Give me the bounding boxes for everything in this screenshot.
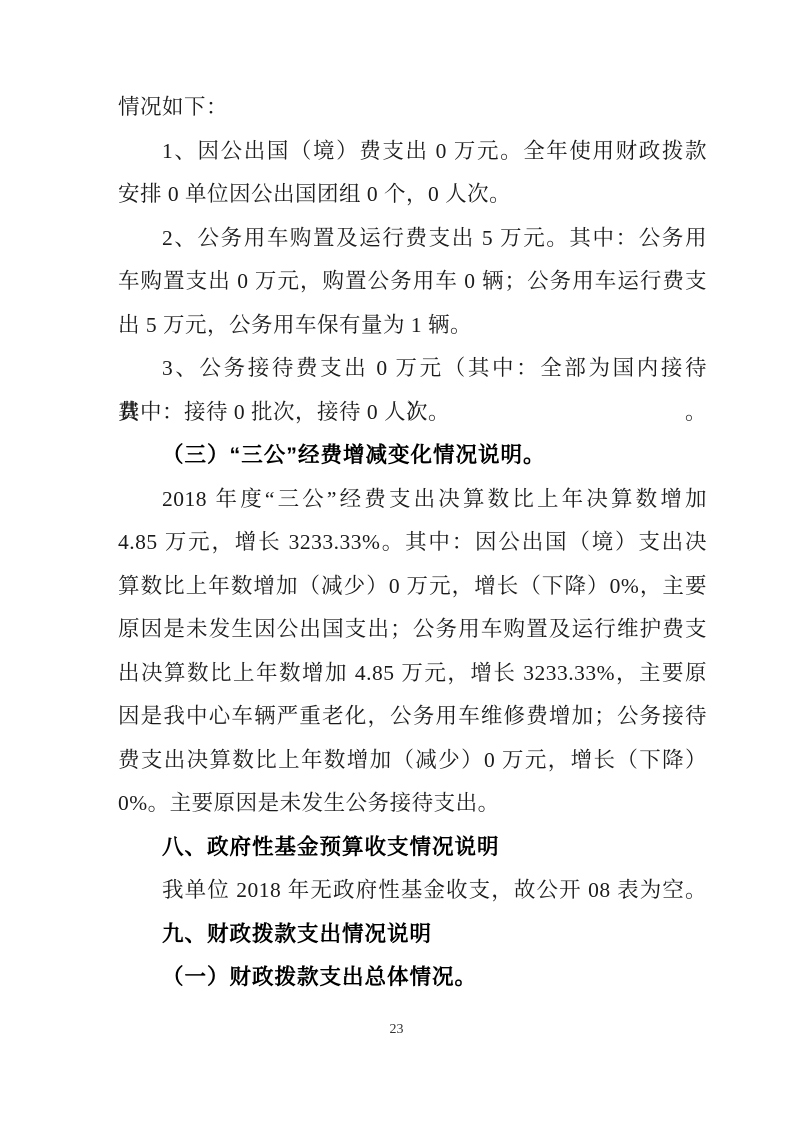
text-line: 因是我中心车辆严重老化，公务用车维修费增加；公务接待 <box>118 695 707 739</box>
text-line: 2018 年度“三公”经费支出决算数比上年决算数增加 <box>118 478 707 522</box>
text-line: 情况如下： <box>118 86 707 130</box>
text-line: 1、因公出国（境）费支出 0 万元。全年使用财政拨款 <box>118 130 707 174</box>
text-line: 出 5 万元，公务用车保有量为 1 辆。 <box>118 304 707 348</box>
text-line: 车购置支出 0 万元，购置公务用车 0 辆；公务用车运行费支 <box>118 260 707 304</box>
text-line: （三）“三公”经费增减变化情况说明。 <box>118 434 707 478</box>
text-line: 安排 0 单位因公出国团组 0 个，0 人次。 <box>118 173 707 217</box>
text-line: 3、公务接待费支出 0 万元（其中：全部为国内接待费）。 <box>118 347 707 391</box>
text-line: 九、财政拨款支出情况说明 <box>118 913 707 957</box>
page-number: 23 <box>0 1022 793 1038</box>
text-line: 八、政府性基金预算收支情况说明 <box>118 826 707 870</box>
text-line: 算数比上年数增加（减少）0 万元，增长（下降）0%，主要 <box>118 565 707 609</box>
text-line: 2、公务用车购置及运行费支出 5 万元。其中：公务用 <box>118 217 707 261</box>
text-line: 4.85 万元，增长 3233.33%。其中：因公出国（境）支出决 <box>118 521 707 565</box>
text-line: 出决算数比上年数增加 4.85 万元，增长 3233.33%，主要原 <box>118 652 707 696</box>
text-line: 费支出决算数比上年数增加（减少）0 万元，增长（下降） <box>118 739 707 783</box>
text-line: 我单位 2018 年无政府性基金收支，故公开 08 表为空。 <box>118 869 707 913</box>
text-block: 情况如下：1、因公出国（境）费支出 0 万元。全年使用财政拨款安排 0 单位因公… <box>118 86 707 1000</box>
text-line: 原因是未发生因公出国支出；公务用车购置及运行维护费支 <box>118 608 707 652</box>
document-page: 情况如下：1、因公出国（境）费支出 0 万元。全年使用财政拨款安排 0 单位因公… <box>0 0 793 1122</box>
text-line: （一）财政拨款支出总体情况。 <box>118 956 707 1000</box>
text-line: 0%。主要原因是未发生公务接待支出。 <box>118 782 707 826</box>
